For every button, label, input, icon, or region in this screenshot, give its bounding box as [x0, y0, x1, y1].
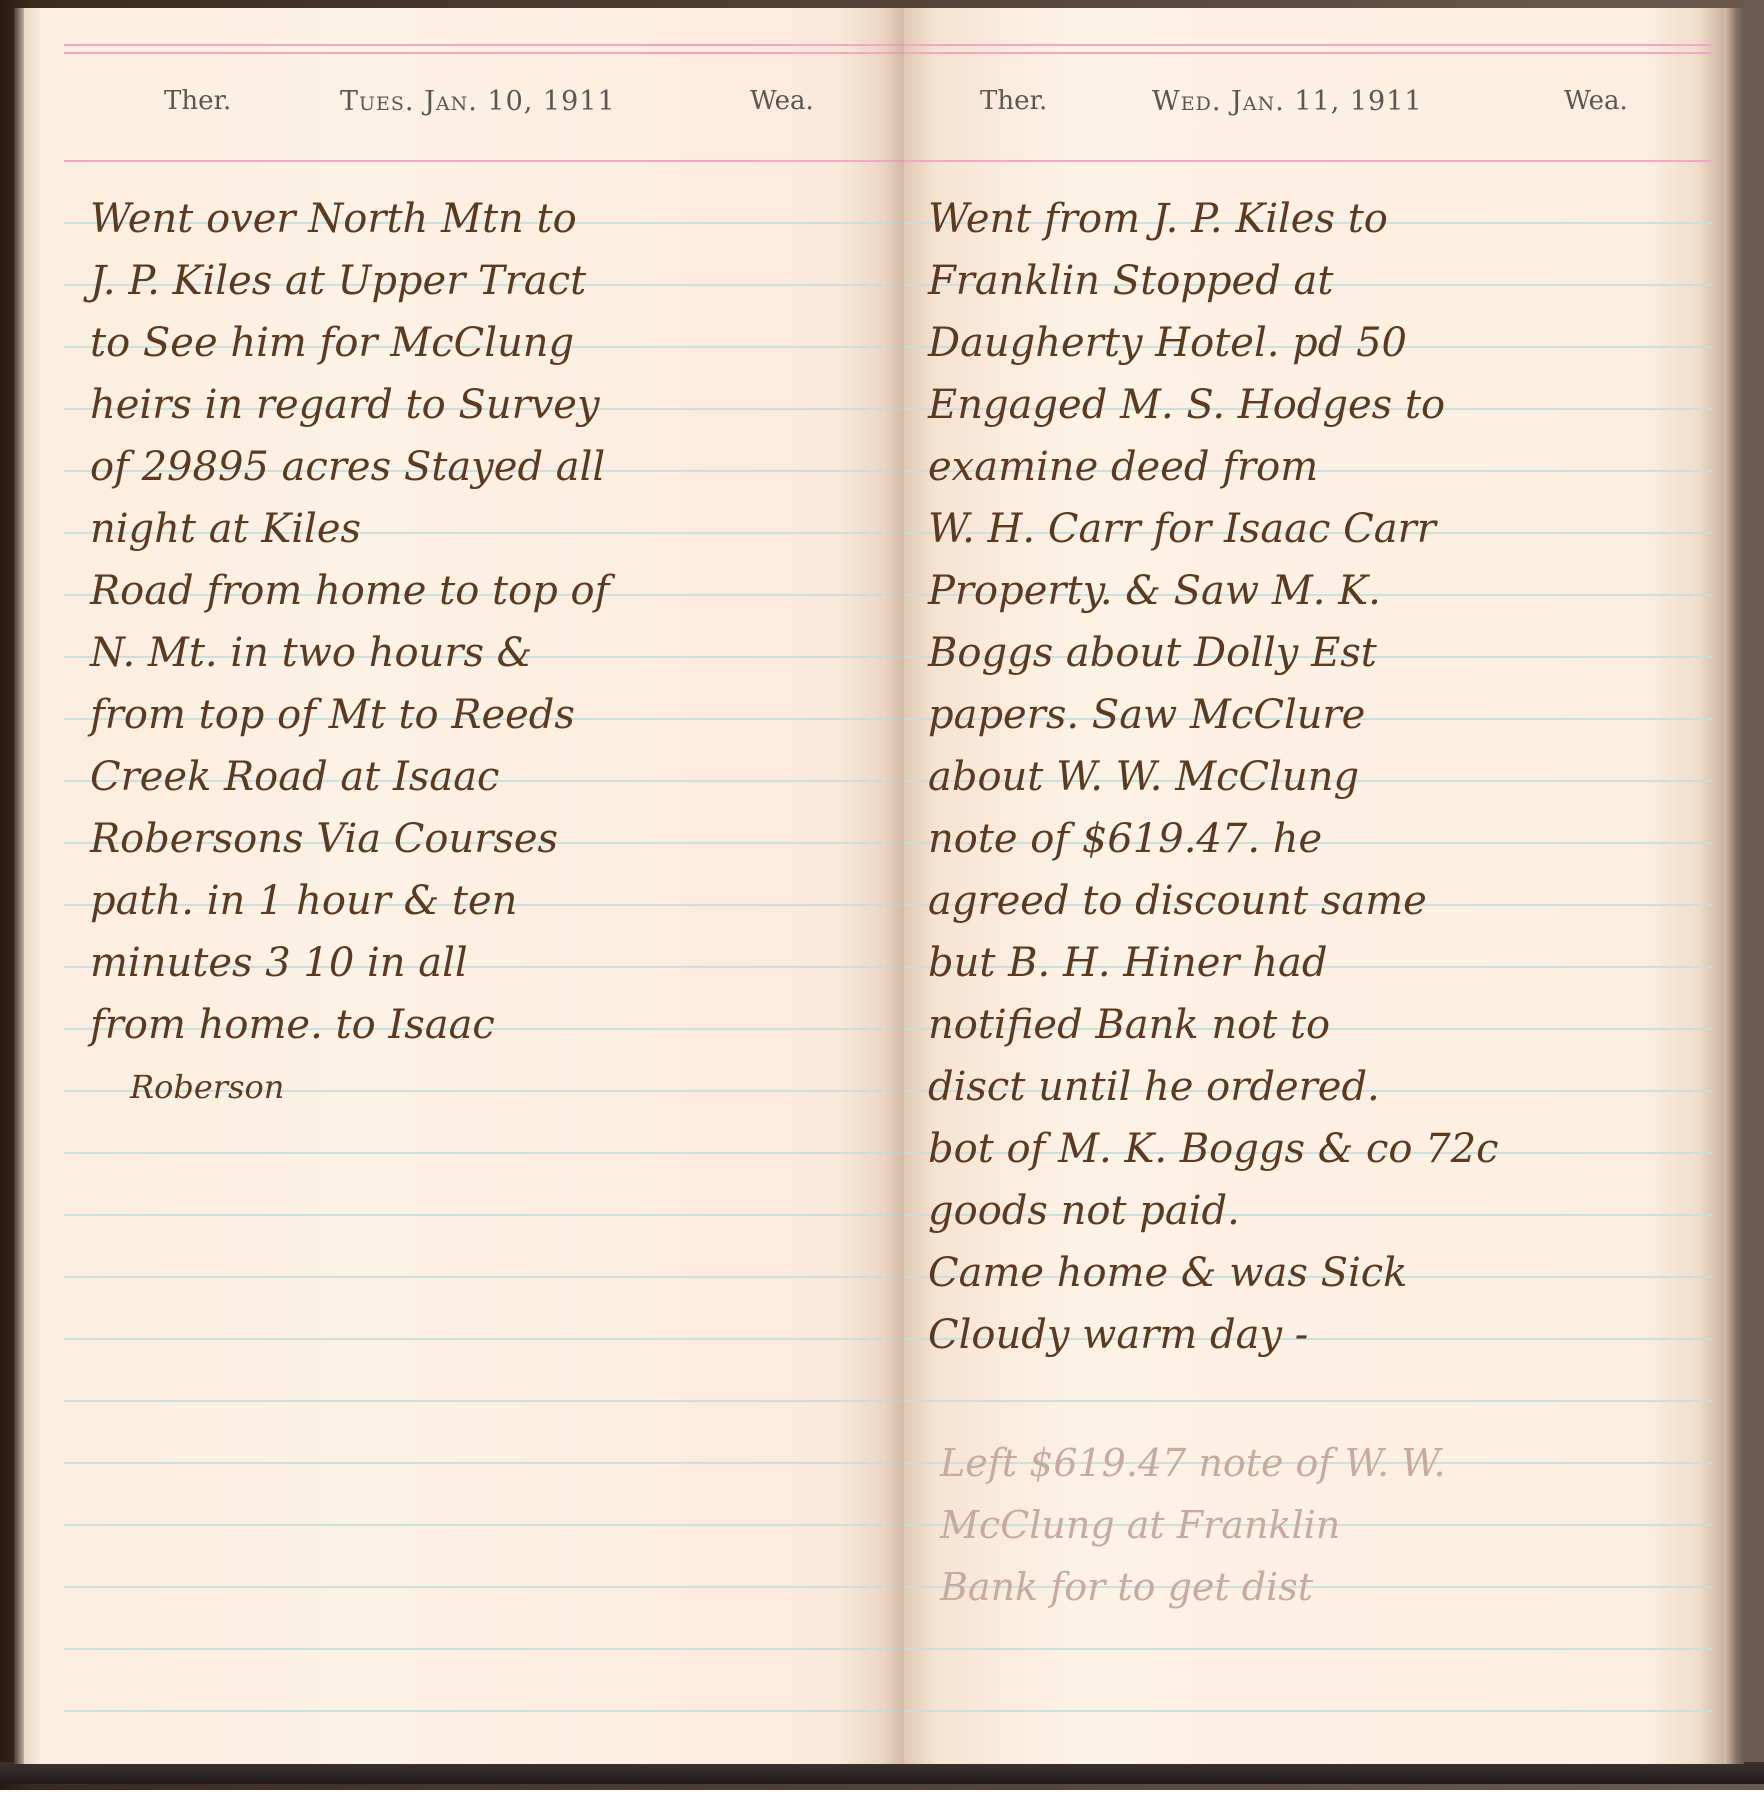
entry-line: Went from J. P. Kiles to	[928, 188, 1708, 250]
pink-rule-top	[64, 44, 904, 46]
ruled-line	[64, 1648, 904, 1650]
entry-line: W. H. Carr for Isaac Carr	[928, 498, 1708, 560]
entry-line: from top of Mt to Reeds	[90, 684, 890, 746]
book-cover-bottom-edge	[0, 1762, 1764, 1784]
entry-line: but B. H. Hiner had	[928, 932, 1708, 994]
ruled-line	[64, 1152, 904, 1154]
pink-rule-header	[64, 160, 904, 162]
entry-line: Road from home to top of	[90, 560, 890, 622]
ruled-line	[64, 1400, 904, 1402]
page-header: Ther. Tues. Jan. 10, 1911 Wea.	[24, 86, 904, 126]
entry-line: heirs in regard to Survey	[90, 374, 890, 436]
pencil-annotation: Left $619.47 note of W. W. McClung at Fr…	[940, 1432, 1700, 1618]
entry-line: minutes 3 10 in all	[90, 932, 890, 994]
entry-line: Property. & Saw M. K.	[928, 560, 1708, 622]
ruled-line	[904, 1400, 1712, 1402]
diary-entry-text: Went over North Mtn to J. P. Kiles at Up…	[90, 188, 890, 1118]
entry-line: to See him for McClung	[90, 312, 890, 374]
pink-rule-header	[904, 160, 1712, 162]
pencil-line: Left $619.47 note of W. W.	[940, 1432, 1700, 1494]
ruled-line	[64, 1462, 904, 1464]
entry-line: papers. Saw McClure	[928, 684, 1708, 746]
entry-line: goods not paid.	[928, 1180, 1708, 1242]
entry-line: Robersons Via Courses	[90, 808, 890, 870]
ruled-line	[64, 1214, 904, 1216]
diary-entry-text: Went from J. P. Kiles to Franklin Stoppe…	[928, 188, 1708, 1366]
entry-line: Came home & was Sick	[928, 1242, 1708, 1304]
entry-line: Roberson	[90, 1056, 890, 1118]
entry-line: Went over North Mtn to	[90, 188, 890, 250]
ruled-line	[64, 1524, 904, 1526]
diary-page-right: Ther. Wed. Jan. 11, 1911 Wea. Went from	[904, 8, 1724, 1764]
pencil-line: McClung at Franklin	[940, 1494, 1700, 1556]
entry-line: notified Bank not to	[928, 994, 1708, 1056]
entry-line: agreed to discount same	[928, 870, 1708, 932]
weather-label: Wea.	[1564, 86, 1628, 116]
book-fore-edge	[1724, 8, 1744, 1764]
entry-line: N. Mt. in two hours &	[90, 622, 890, 684]
ruled-line	[64, 1338, 904, 1340]
entry-line: path. in 1 hour & ten	[90, 870, 890, 932]
weather-label: Wea.	[750, 86, 814, 116]
pink-rule-top	[904, 52, 1712, 54]
ruled-line	[904, 1648, 1712, 1650]
thermometer-label: Ther.	[164, 86, 231, 116]
entry-line: J. P. Kiles at Upper Tract	[90, 250, 890, 312]
pencil-line: Bank for to get dist	[940, 1556, 1700, 1618]
entry-line: Engaged M. S. Hodges to	[928, 374, 1708, 436]
pink-rule-top	[904, 44, 1712, 46]
ruled-line	[64, 1276, 904, 1278]
ruled-line	[904, 1710, 1712, 1712]
entry-line: from home. to Isaac	[90, 994, 890, 1056]
entry-line: night at Kiles	[90, 498, 890, 560]
thermometer-label: Ther.	[980, 86, 1047, 116]
page-date: Wed. Jan. 11, 1911	[1152, 86, 1423, 117]
entry-line: of 29895 acres Stayed all	[90, 436, 890, 498]
open-diary: Ther. Tues. Jan. 10, 1911 Wea. Went over	[14, 8, 1744, 1764]
entry-line: examine deed from	[928, 436, 1708, 498]
page-date: Tues. Jan. 10, 1911	[340, 86, 616, 117]
page-header: Ther. Wed. Jan. 11, 1911 Wea.	[904, 86, 1724, 126]
entry-line: Franklin Stopped at	[928, 250, 1708, 312]
entry-line: disct until he ordered.	[928, 1056, 1708, 1118]
entry-line: about W. W. McClung	[928, 746, 1708, 808]
pink-rule-top	[64, 52, 904, 54]
entry-line: bot of M. K. Boggs & co 72c	[928, 1118, 1708, 1180]
entry-line: Boggs about Dolly Est	[928, 622, 1708, 684]
ruled-line	[64, 1586, 904, 1588]
entry-line: note of $619.47. he	[928, 808, 1708, 870]
entry-line: Cloudy warm day -	[928, 1304, 1708, 1366]
diary-page-left: Ther. Tues. Jan. 10, 1911 Wea. Went over	[24, 8, 904, 1764]
ruled-line	[64, 1710, 904, 1712]
entry-line: Daugherty Hotel. pd 50	[928, 312, 1708, 374]
entry-line: Creek Road at Isaac	[90, 746, 890, 808]
